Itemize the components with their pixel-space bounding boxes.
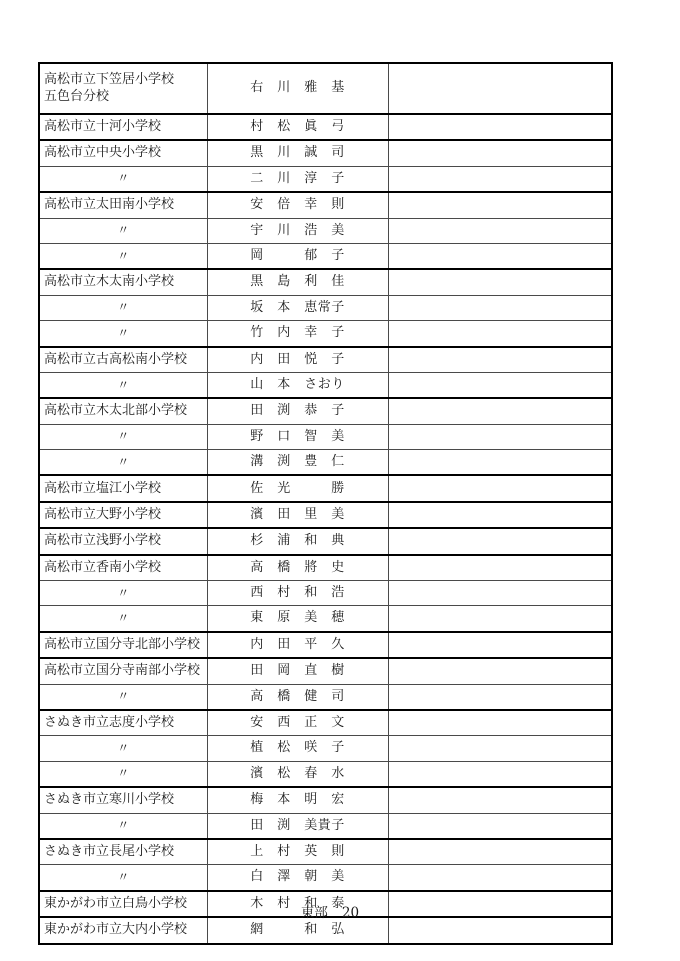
roster-table-body: 高松市立下笠居小学校五色台分校右 川 雅 基高松市立十河小学校村 松 眞 弓高松… — [39, 63, 612, 944]
person-name-cell: 田 渕 美貴子 — [207, 813, 388, 839]
person-name-cell: 高 橋 將 史 — [207, 555, 388, 581]
person-name: 内 田 悦 子 — [250, 352, 345, 367]
person-name: 濱 松 春 水 — [250, 766, 345, 781]
table-row: 〃植 松 咲 子 — [39, 736, 612, 761]
table-row: 〃宇 川 浩 美 — [39, 218, 612, 243]
blank-cell — [388, 166, 612, 192]
blank-cell — [388, 321, 612, 347]
page-footer: 東部20 — [0, 901, 660, 921]
person-name: 岡 郁 子 — [250, 248, 345, 263]
table-row: 〃溝 渕 豊 仁 — [39, 450, 612, 476]
ditto-mark: 〃 — [117, 300, 129, 314]
blank-cell — [388, 475, 612, 501]
table-row: 高松市立香南小学校高 橋 將 史 — [39, 555, 612, 581]
school-name: 高松市立木太北部小学校 — [44, 403, 187, 418]
blank-cell — [388, 813, 612, 839]
ditto-mark: 〃 — [117, 455, 129, 469]
ditto-mark-cell: 〃 — [39, 684, 207, 710]
school-name-cell: さぬき市立寒川小学校 — [39, 787, 207, 813]
ditto-mark-cell: 〃 — [39, 450, 207, 476]
ditto-mark: 〃 — [117, 171, 129, 185]
person-name-cell: 梅 本 明 宏 — [207, 787, 388, 813]
ditto-mark-cell: 〃 — [39, 166, 207, 192]
person-name: 溝 渕 豊 仁 — [250, 454, 345, 469]
school-name-cell: 高松市立国分寺南部小学校 — [39, 658, 207, 684]
table-row: 〃竹 内 幸 子 — [39, 321, 612, 347]
ditto-mark: 〃 — [117, 766, 129, 780]
table-row: 〃山 本 さおり — [39, 372, 612, 398]
person-name-cell: 安 西 正 文 — [207, 710, 388, 736]
ditto-mark: 〃 — [117, 611, 129, 625]
person-name: 野 口 智 美 — [250, 429, 345, 444]
person-name: 黒 島 利 佳 — [250, 274, 345, 289]
blank-cell — [388, 632, 612, 658]
person-name: 山 本 さおり — [250, 377, 345, 392]
blank-cell — [388, 502, 612, 528]
table-row: 高松市立木太北部小学校田 渕 恭 子 — [39, 398, 612, 424]
school-name-cell: 高松市立木太北部小学校 — [39, 398, 207, 424]
school-name: 高松市立国分寺北部小学校 — [44, 637, 200, 652]
person-name: 上 村 英 則 — [250, 844, 345, 859]
school-name-cell: さぬき市立長尾小学校 — [39, 839, 207, 865]
school-name-cell: 高松市立香南小学校 — [39, 555, 207, 581]
school-name: 高松市立下笠居小学校 — [44, 72, 174, 87]
blank-cell — [388, 606, 612, 632]
ditto-mark: 〃 — [117, 818, 129, 832]
person-name-cell: 植 松 咲 子 — [207, 736, 388, 761]
ditto-mark-cell: 〃 — [39, 606, 207, 632]
blank-cell — [388, 528, 612, 554]
person-name-cell: 野 口 智 美 — [207, 424, 388, 449]
school-name-cell: 高松市立古高松南小学校 — [39, 347, 207, 373]
blank-cell — [388, 839, 612, 865]
table-row: 〃西 村 和 浩 — [39, 581, 612, 606]
person-name-cell: 東 原 美 穂 — [207, 606, 388, 632]
blank-cell — [388, 684, 612, 710]
table-row: 高松市立古高松南小学校内 田 悦 子 — [39, 347, 612, 373]
school-name-cell: 高松市立中央小学校 — [39, 140, 207, 166]
footer-page-number: 20 — [342, 905, 359, 921]
school-name: 高松市立国分寺南部小学校 — [44, 663, 200, 678]
blank-cell — [388, 63, 612, 114]
blank-cell — [388, 192, 612, 218]
school-name-cell: さぬき市立志度小学校 — [39, 710, 207, 736]
person-name-cell: 二 川 淳 子 — [207, 166, 388, 192]
table-row: 〃濱 松 春 水 — [39, 761, 612, 787]
blank-cell — [388, 424, 612, 449]
person-name-cell: 田 渕 恭 子 — [207, 398, 388, 424]
school-name-cell: 高松市立大野小学校 — [39, 502, 207, 528]
ditto-mark-cell: 〃 — [39, 736, 207, 761]
person-name: 宇 川 浩 美 — [250, 223, 345, 238]
school-name: 高松市立塩江小学校 — [44, 481, 161, 496]
person-name-cell: 岡 郁 子 — [207, 243, 388, 269]
person-name: 坂 本 恵常子 — [250, 300, 345, 315]
table-row: 高松市立塩江小学校佐 光 勝 — [39, 475, 612, 501]
table-row: 〃野 口 智 美 — [39, 424, 612, 449]
blank-cell — [388, 581, 612, 606]
person-name-cell: 佐 光 勝 — [207, 475, 388, 501]
person-name-cell: 白 澤 朝 美 — [207, 865, 388, 891]
table-row: 高松市立太田南小学校安 倍 幸 則 — [39, 192, 612, 218]
ditto-mark-cell: 〃 — [39, 813, 207, 839]
person-name-cell: 田 岡 直 樹 — [207, 658, 388, 684]
school-branch-name: 五色台分校 — [44, 89, 203, 105]
school-name-cell: 高松市立国分寺北部小学校 — [39, 632, 207, 658]
table-row: 高松市立中央小学校黒 川 誠 司 — [39, 140, 612, 166]
ditto-mark-cell: 〃 — [39, 218, 207, 243]
ditto-mark: 〃 — [117, 741, 129, 755]
person-name-cell: 内 田 平 久 — [207, 632, 388, 658]
ditto-mark: 〃 — [117, 223, 129, 237]
blank-cell — [388, 736, 612, 761]
person-name: 田 岡 直 樹 — [250, 663, 345, 678]
school-name: 高松市立木太南小学校 — [44, 274, 174, 289]
school-name: さぬき市立志度小学校 — [44, 715, 174, 730]
ditto-mark: 〃 — [117, 870, 129, 884]
person-name-cell: 上 村 英 則 — [207, 839, 388, 865]
table-row: 〃二 川 淳 子 — [39, 166, 612, 192]
person-name: 杉 浦 和 典 — [250, 533, 345, 548]
blank-cell — [388, 658, 612, 684]
blank-cell — [388, 787, 612, 813]
school-name-cell: 高松市立十河小学校 — [39, 114, 207, 140]
school-name-cell: 高松市立塩江小学校 — [39, 475, 207, 501]
table-row: 高松市立下笠居小学校五色台分校右 川 雅 基 — [39, 63, 612, 114]
person-name-cell: 竹 内 幸 子 — [207, 321, 388, 347]
school-name: 高松市立浅野小学校 — [44, 533, 161, 548]
blank-cell — [388, 295, 612, 320]
blank-cell — [388, 269, 612, 295]
table-row: 〃坂 本 恵常子 — [39, 295, 612, 320]
ditto-mark-cell: 〃 — [39, 581, 207, 606]
ditto-mark: 〃 — [117, 689, 129, 703]
ditto-mark-cell: 〃 — [39, 865, 207, 891]
person-name: 濱 田 里 美 — [250, 507, 345, 522]
table-row: 高松市立大野小学校濱 田 里 美 — [39, 502, 612, 528]
ditto-mark-cell: 〃 — [39, 761, 207, 787]
school-name-cell: 高松市立下笠居小学校五色台分校 — [39, 63, 207, 114]
person-name-cell: 濱 田 里 美 — [207, 502, 388, 528]
person-name: 東 原 美 穂 — [250, 610, 345, 625]
ditto-mark-cell: 〃 — [39, 424, 207, 449]
document-page: 高松市立下笠居小学校五色台分校右 川 雅 基高松市立十河小学校村 松 眞 弓高松… — [0, 0, 680, 961]
school-name: 高松市立十河小学校 — [44, 119, 161, 134]
table-row: 〃東 原 美 穂 — [39, 606, 612, 632]
ditto-mark: 〃 — [117, 429, 129, 443]
person-name-cell: 網 和 弘 — [207, 917, 388, 943]
table-row: 高松市立国分寺南部小学校田 岡 直 樹 — [39, 658, 612, 684]
school-name: さぬき市立長尾小学校 — [44, 844, 174, 859]
school-name: 東かがわ市立大内小学校 — [44, 922, 187, 937]
school-name-cell: 高松市立太田南小学校 — [39, 192, 207, 218]
person-name-cell: 安 倍 幸 則 — [207, 192, 388, 218]
roster-table: 高松市立下笠居小学校五色台分校右 川 雅 基高松市立十河小学校村 松 眞 弓高松… — [38, 62, 613, 945]
person-name: 内 田 平 久 — [250, 637, 345, 652]
school-name-cell: 高松市立浅野小学校 — [39, 528, 207, 554]
person-name: 白 澤 朝 美 — [250, 869, 345, 884]
table-row: 〃田 渕 美貴子 — [39, 813, 612, 839]
ditto-mark-cell: 〃 — [39, 295, 207, 320]
table-row: 〃高 橋 健 司 — [39, 684, 612, 710]
footer-region-label: 東部 — [301, 905, 328, 921]
person-name-cell: 西 村 和 浩 — [207, 581, 388, 606]
person-name: 右 川 雅 基 — [250, 80, 345, 95]
blank-cell — [388, 140, 612, 166]
person-name-cell: 杉 浦 和 典 — [207, 528, 388, 554]
table-row: さぬき市立長尾小学校上 村 英 則 — [39, 839, 612, 865]
table-row: 高松市立十河小学校村 松 眞 弓 — [39, 114, 612, 140]
person-name: 植 松 咲 子 — [250, 740, 345, 755]
ditto-mark-cell: 〃 — [39, 372, 207, 398]
person-name: 安 倍 幸 則 — [250, 197, 345, 212]
person-name: 二 川 淳 子 — [250, 171, 345, 186]
person-name: 西 村 和 浩 — [250, 585, 345, 600]
person-name-cell: 宇 川 浩 美 — [207, 218, 388, 243]
person-name: 黒 川 誠 司 — [250, 145, 345, 160]
person-name: 安 西 正 文 — [250, 715, 345, 730]
table-row: 〃白 澤 朝 美 — [39, 865, 612, 891]
school-name-cell: 東かがわ市立大内小学校 — [39, 917, 207, 943]
school-name: 高松市立大野小学校 — [44, 507, 161, 522]
person-name: 網 和 弘 — [250, 922, 345, 937]
person-name: 竹 内 幸 子 — [250, 325, 345, 340]
school-name: 高松市立古高松南小学校 — [44, 352, 187, 367]
person-name: 梅 本 明 宏 — [250, 792, 345, 807]
ditto-mark-cell: 〃 — [39, 321, 207, 347]
blank-cell — [388, 761, 612, 787]
school-name: 高松市立香南小学校 — [44, 560, 161, 575]
table-row: 高松市立木太南小学校黒 島 利 佳 — [39, 269, 612, 295]
person-name-cell: 濱 松 春 水 — [207, 761, 388, 787]
table-row: 高松市立浅野小学校杉 浦 和 典 — [39, 528, 612, 554]
school-name: 高松市立中央小学校 — [44, 145, 161, 160]
person-name-cell: 黒 島 利 佳 — [207, 269, 388, 295]
person-name: 高 橋 健 司 — [250, 689, 345, 704]
ditto-mark: 〃 — [117, 586, 129, 600]
person-name-cell: 内 田 悦 子 — [207, 347, 388, 373]
ditto-mark: 〃 — [117, 326, 129, 340]
person-name: 高 橋 將 史 — [250, 560, 345, 575]
person-name-cell: 溝 渕 豊 仁 — [207, 450, 388, 476]
blank-cell — [388, 114, 612, 140]
person-name: 村 松 眞 弓 — [250, 119, 345, 134]
school-name: さぬき市立寒川小学校 — [44, 792, 174, 807]
blank-cell — [388, 398, 612, 424]
table-row: 高松市立国分寺北部小学校内 田 平 久 — [39, 632, 612, 658]
person-name: 佐 光 勝 — [250, 481, 345, 496]
blank-cell — [388, 917, 612, 943]
blank-cell — [388, 243, 612, 269]
blank-cell — [388, 555, 612, 581]
table-row: さぬき市立寒川小学校梅 本 明 宏 — [39, 787, 612, 813]
person-name-cell: 高 橋 健 司 — [207, 684, 388, 710]
person-name: 田 渕 美貴子 — [250, 818, 345, 833]
person-name-cell: 右 川 雅 基 — [207, 63, 388, 114]
person-name-cell: 山 本 さおり — [207, 372, 388, 398]
person-name-cell: 村 松 眞 弓 — [207, 114, 388, 140]
person-name: 田 渕 恭 子 — [250, 403, 345, 418]
table-row: 東かがわ市立大内小学校網 和 弘 — [39, 917, 612, 943]
blank-cell — [388, 372, 612, 398]
table-row: さぬき市立志度小学校安 西 正 文 — [39, 710, 612, 736]
blank-cell — [388, 710, 612, 736]
person-name-cell: 黒 川 誠 司 — [207, 140, 388, 166]
table-row: 〃岡 郁 子 — [39, 243, 612, 269]
school-name-cell: 高松市立木太南小学校 — [39, 269, 207, 295]
ditto-mark: 〃 — [117, 249, 129, 263]
ditto-mark: 〃 — [117, 378, 129, 392]
blank-cell — [388, 218, 612, 243]
blank-cell — [388, 450, 612, 476]
school-name: 高松市立太田南小学校 — [44, 197, 174, 212]
blank-cell — [388, 347, 612, 373]
ditto-mark-cell: 〃 — [39, 243, 207, 269]
blank-cell — [388, 865, 612, 891]
person-name-cell: 坂 本 恵常子 — [207, 295, 388, 320]
